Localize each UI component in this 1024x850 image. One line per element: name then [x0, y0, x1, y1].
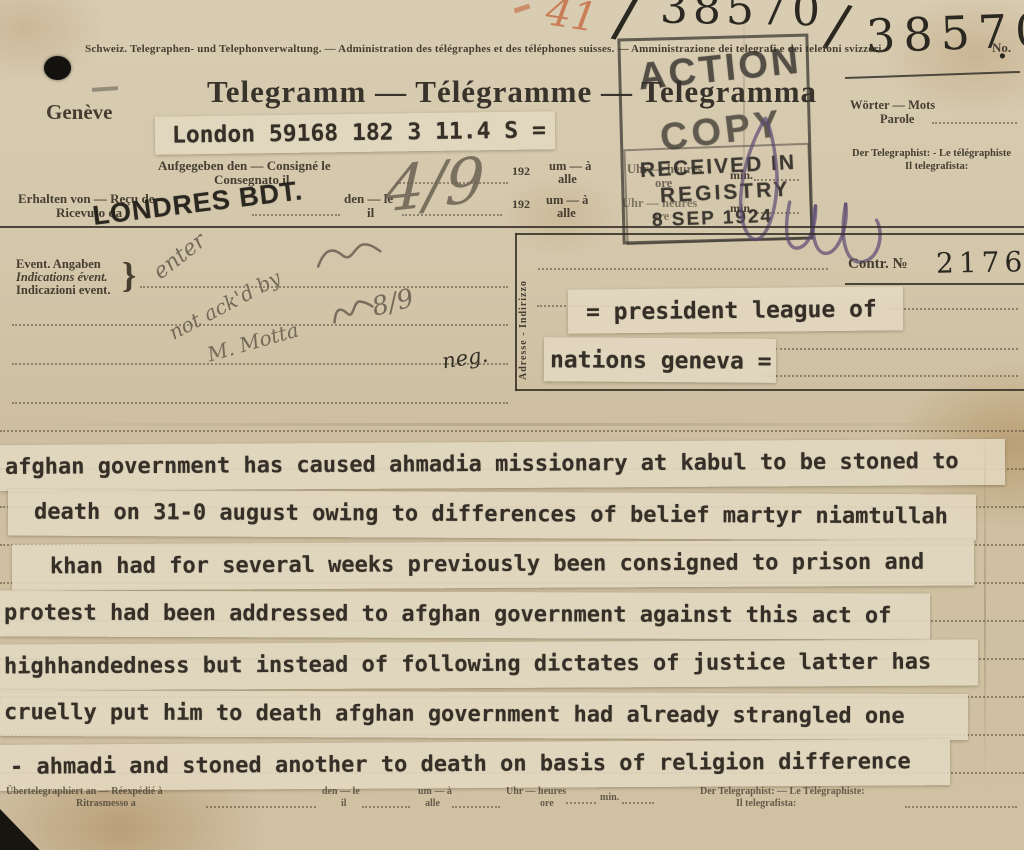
event-dotted-3	[12, 363, 508, 365]
origin-stamp: LONDRES BDT.	[91, 175, 305, 232]
message-line: protest had been addressed to afghan gov…	[4, 600, 892, 628]
footer-dotted-4	[566, 802, 596, 804]
handwritten-date: 4/9	[384, 142, 486, 226]
contr-value: 2176	[936, 245, 1024, 280]
footer-alle: alle	[425, 798, 440, 809]
address-dotted-4	[775, 348, 1018, 350]
retransmitted-label: Übertelegraphiert an — Réexpédié à	[6, 786, 163, 797]
footer-telegraphist-it: Il telegrafista:	[736, 798, 796, 809]
no-label: No.	[992, 40, 1011, 56]
il-2: il	[367, 205, 374, 221]
paper-crease	[0, 423, 1024, 426]
footer-dotted-5	[622, 802, 654, 804]
message-line: cruelly put him to death afghan governme…	[4, 700, 905, 729]
footer-uhr-heures: Uhr — heures	[506, 786, 566, 797]
address-box-top	[515, 233, 1024, 235]
contr-underline	[845, 283, 1024, 285]
footer-dotted-2	[362, 806, 410, 808]
footer-ore: ore	[540, 798, 554, 809]
red-crayon-dash	[514, 4, 531, 14]
alle-1: alle	[558, 172, 577, 187]
address-line-1: = president league of	[586, 296, 877, 325]
event-dotted-1	[140, 286, 508, 288]
pencil-scribble-icon	[310, 231, 387, 275]
telegraphist-label-it: Il telegrafista:	[905, 161, 968, 172]
paper-crease	[984, 430, 986, 790]
paper-crease	[743, 0, 745, 228]
address-dotted-5	[760, 375, 1018, 377]
year-prefix-2: 192	[512, 197, 530, 212]
message-line: death on 31-0 august owing to difference…	[34, 500, 948, 530]
torn-corner	[0, 800, 72, 850]
ink-note-neg: neg.	[440, 343, 489, 374]
message-line: highhandedness but instead of following …	[4, 650, 931, 680]
address-line-2: nations geneva =	[550, 347, 772, 375]
body-rule	[0, 430, 1024, 432]
main-rule	[0, 226, 1024, 228]
alle-2: alle	[557, 206, 576, 221]
address-box-left	[515, 233, 517, 391]
words-dotted-line	[932, 122, 1017, 124]
event-label-it: Indicazioni event.	[16, 283, 110, 298]
pencil-note-enter: enter	[149, 228, 211, 284]
event-dotted-4	[12, 402, 508, 404]
contr-label: Contr. №	[848, 256, 908, 273]
service-line: London 59168 182 3 11.4 S =	[172, 117, 546, 148]
address-box-bottom	[515, 389, 1024, 391]
red-crayon-mark: 41	[543, 0, 600, 42]
footer-dotted-3	[452, 806, 500, 808]
footer-telegraphist: Der Telegraphist: — Le Télégraphiste:	[700, 786, 865, 797]
pencil-note-date: 8/9	[369, 283, 417, 322]
event-brace: }	[122, 254, 136, 296]
footer-dotted-6	[905, 806, 1017, 808]
telegram-document: / 38570 / 38570 . 41 Schweiz. Telegraphe…	[0, 0, 1024, 850]
address-dotted-1	[538, 268, 828, 270]
footer-um-a: um — à	[418, 786, 452, 797]
footer-den-le: den — le	[322, 786, 360, 797]
address-label-vertical: Adresse - Indirizzo	[518, 248, 529, 380]
message-line: khan had for several weeks previously be…	[50, 550, 924, 580]
received-from-dotted	[252, 214, 340, 216]
retransmitted-label-it: Ritrasmesso a	[76, 798, 136, 809]
footer-il: il	[341, 798, 347, 809]
office-name: Genève	[46, 100, 112, 125]
address-dotted-3	[888, 308, 1018, 310]
year-prefix-1: 192	[512, 164, 530, 179]
event-dotted-2	[12, 324, 508, 326]
words-label: Wörter — Mots	[850, 98, 935, 113]
footer-min: min.	[600, 792, 619, 803]
footer-dotted-1	[206, 806, 316, 808]
